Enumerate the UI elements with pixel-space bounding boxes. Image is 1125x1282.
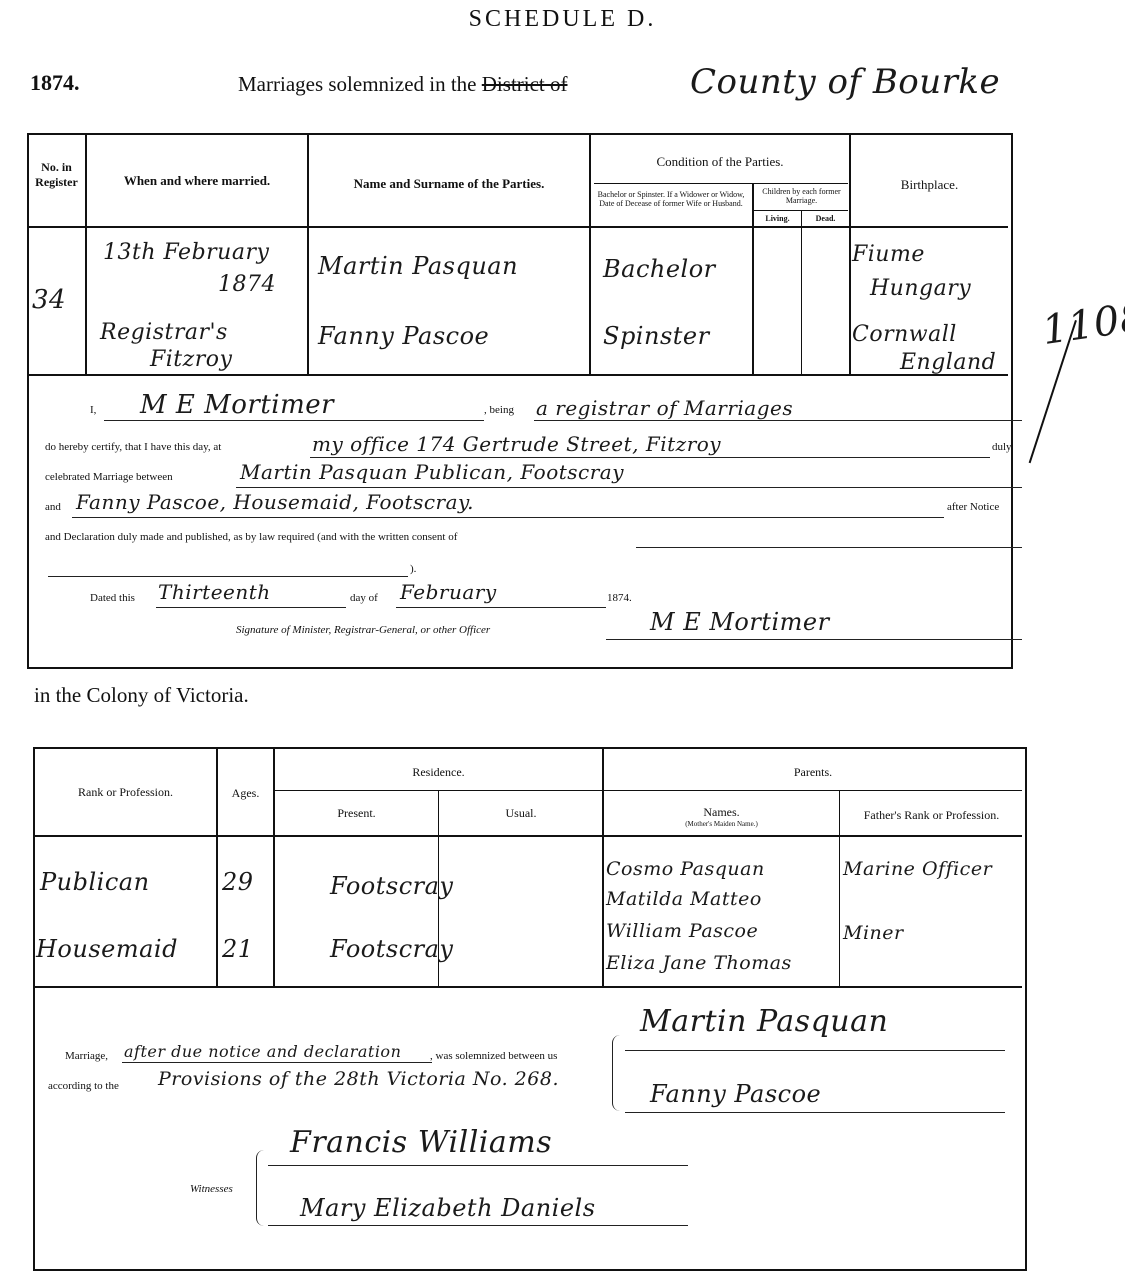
- solemn-marriage-value: after due notice and declaration: [124, 1042, 401, 1061]
- col-condition-bachelor: Bachelor or Spinster. If a Widower or Wi…: [592, 190, 750, 208]
- cert-declaration-label: and Declaration duly made and published,…: [45, 531, 457, 543]
- row2-father-rank: Miner: [843, 922, 904, 944]
- cert-signature-value: M E Mortimer: [650, 608, 830, 636]
- cert-dated-year: 1874.: [607, 592, 632, 604]
- col-no-line1: No. in: [28, 160, 85, 175]
- entry-date-line2: 1874: [218, 272, 276, 297]
- col-parent-names: Names.: [604, 805, 839, 820]
- cert-close-paren: ).: [410, 563, 416, 575]
- cert-dated-month: February: [400, 580, 497, 604]
- col-parent-names-sub: (Mother's Maiden Name.): [604, 820, 839, 829]
- row1-parent2: Matilda Matteo: [606, 888, 762, 910]
- col-living: Living.: [754, 214, 801, 223]
- cert-signature-label: Signature of Minister, Registrar-General…: [236, 624, 490, 636]
- cert-after-notice-label: after Notice: [947, 501, 999, 513]
- heading-struck: District of: [482, 72, 568, 96]
- cert-location-value: my office 174 Gertrude Street, Fitzroy: [312, 432, 721, 456]
- entry-bride-birthplace-1: Cornwall: [852, 322, 957, 347]
- row2-rank: Housemaid: [36, 935, 178, 963]
- cert-officiant: M E Mortimer: [140, 390, 334, 420]
- col-rank: Rank or Profession.: [35, 785, 216, 800]
- solemn-marriage-label: Marriage,: [65, 1050, 108, 1062]
- col-children-group: Children by each former Marriage.: [754, 187, 849, 205]
- cert-dated-label: Dated this: [90, 592, 135, 604]
- col-names: Name and Surname of the Parties.: [309, 176, 589, 192]
- solemn-between-label: , was solemnized between us: [430, 1050, 557, 1062]
- col-residence-group: Residence.: [275, 765, 602, 780]
- col-birthplace: Birthplace.: [851, 177, 1008, 193]
- witness-1: Francis Williams: [290, 1125, 552, 1160]
- col-ages: Ages.: [218, 786, 273, 801]
- cert-and-label: and: [45, 501, 61, 513]
- solemn-sig-groom: Martin Pasquan: [640, 1004, 888, 1039]
- solemn-sig-bride: Fanny Pascoe: [650, 1080, 821, 1108]
- row2-parent2: Eliza Jane Thomas: [606, 952, 792, 974]
- row1-age: 29: [222, 868, 254, 896]
- col-present: Present.: [275, 806, 438, 821]
- colony-line: in the Colony of Victoria.: [34, 683, 249, 708]
- entry-date-line1: 13th February: [103, 240, 269, 265]
- entry-groom-name: Martin Pasquan: [318, 252, 518, 280]
- col-condition-group: Condition of the Parties.: [591, 154, 849, 170]
- cert-party1-value: Martin Pasquan Publican, Footscray: [240, 460, 624, 484]
- col-dead: Dead.: [802, 214, 849, 223]
- entry-bride-condition: Spinster: [603, 322, 710, 350]
- entry-bride-name: Fanny Pascoe: [318, 322, 489, 350]
- witnesses-label: Witnesses: [190, 1183, 233, 1195]
- cert-being-value: a registrar of Marriages: [536, 396, 793, 420]
- witness-2: Mary Elizabeth Daniels: [300, 1194, 596, 1222]
- solemn-according-value: Provisions of the 28th Victoria No. 268.: [158, 1068, 559, 1090]
- row1-father-rank: Marine Officer: [843, 858, 992, 880]
- col-when-where: When and where married.: [87, 173, 307, 189]
- solemn-brace: [612, 1035, 623, 1111]
- row2-age: 21: [222, 935, 254, 963]
- col-usual: Usual.: [440, 806, 602, 821]
- col-parents-group: Parents.: [604, 765, 1022, 780]
- entry-groom-birthplace-1: Fiume: [852, 242, 925, 267]
- heading-prefix: Marriages solemnized in the: [238, 72, 477, 96]
- cert-party2-value: Fanny Pascoe, Housemaid, Footscray.: [76, 490, 474, 514]
- cert-day-of-label: day of: [350, 592, 378, 604]
- cert-i-label: I,: [90, 404, 96, 416]
- entry-groom-birthplace-2: Hungary: [870, 276, 971, 301]
- solemn-according-label: according to the: [48, 1080, 119, 1092]
- entry-number: 34: [32, 285, 66, 315]
- schedule-title: SCHEDULE D.: [0, 6, 1125, 33]
- row2-residence: Footscray: [330, 935, 453, 963]
- cert-dated-day: Thirteenth: [158, 580, 271, 604]
- col-no-line2: Register: [28, 175, 85, 190]
- entry-bride-birthplace-2: England: [900, 350, 996, 375]
- row1-parent1: Cosmo Pasquan: [606, 858, 765, 880]
- margin-note: 1108/: [1039, 292, 1125, 354]
- district-handwritten: County of Bourke: [690, 62, 1000, 102]
- heading: Marriages solemnized in the District of: [238, 72, 568, 97]
- row2-parent1: William Pascoe: [606, 920, 758, 942]
- col-father-rank: Father's Rank or Profession.: [841, 808, 1022, 823]
- year-label: 1874.: [30, 70, 80, 96]
- cert-duly-label: duly: [992, 441, 1012, 453]
- cert-celebrated-label: celebrated Marriage between: [45, 471, 173, 483]
- col-no-in-register: No. in Register: [28, 160, 85, 190]
- entry-groom-condition: Bachelor: [603, 255, 716, 283]
- witnesses-brace: [256, 1150, 267, 1226]
- cert-certify-label: do hereby certify, that I have this day,…: [45, 441, 221, 453]
- entry-place-line2: Fitzroy: [150, 347, 232, 372]
- row1-residence: Footscray: [330, 872, 453, 900]
- entry-place-line1: Registrar's: [100, 320, 228, 345]
- row1-rank: Publican: [40, 868, 150, 896]
- cert-being-label: , being: [484, 404, 514, 416]
